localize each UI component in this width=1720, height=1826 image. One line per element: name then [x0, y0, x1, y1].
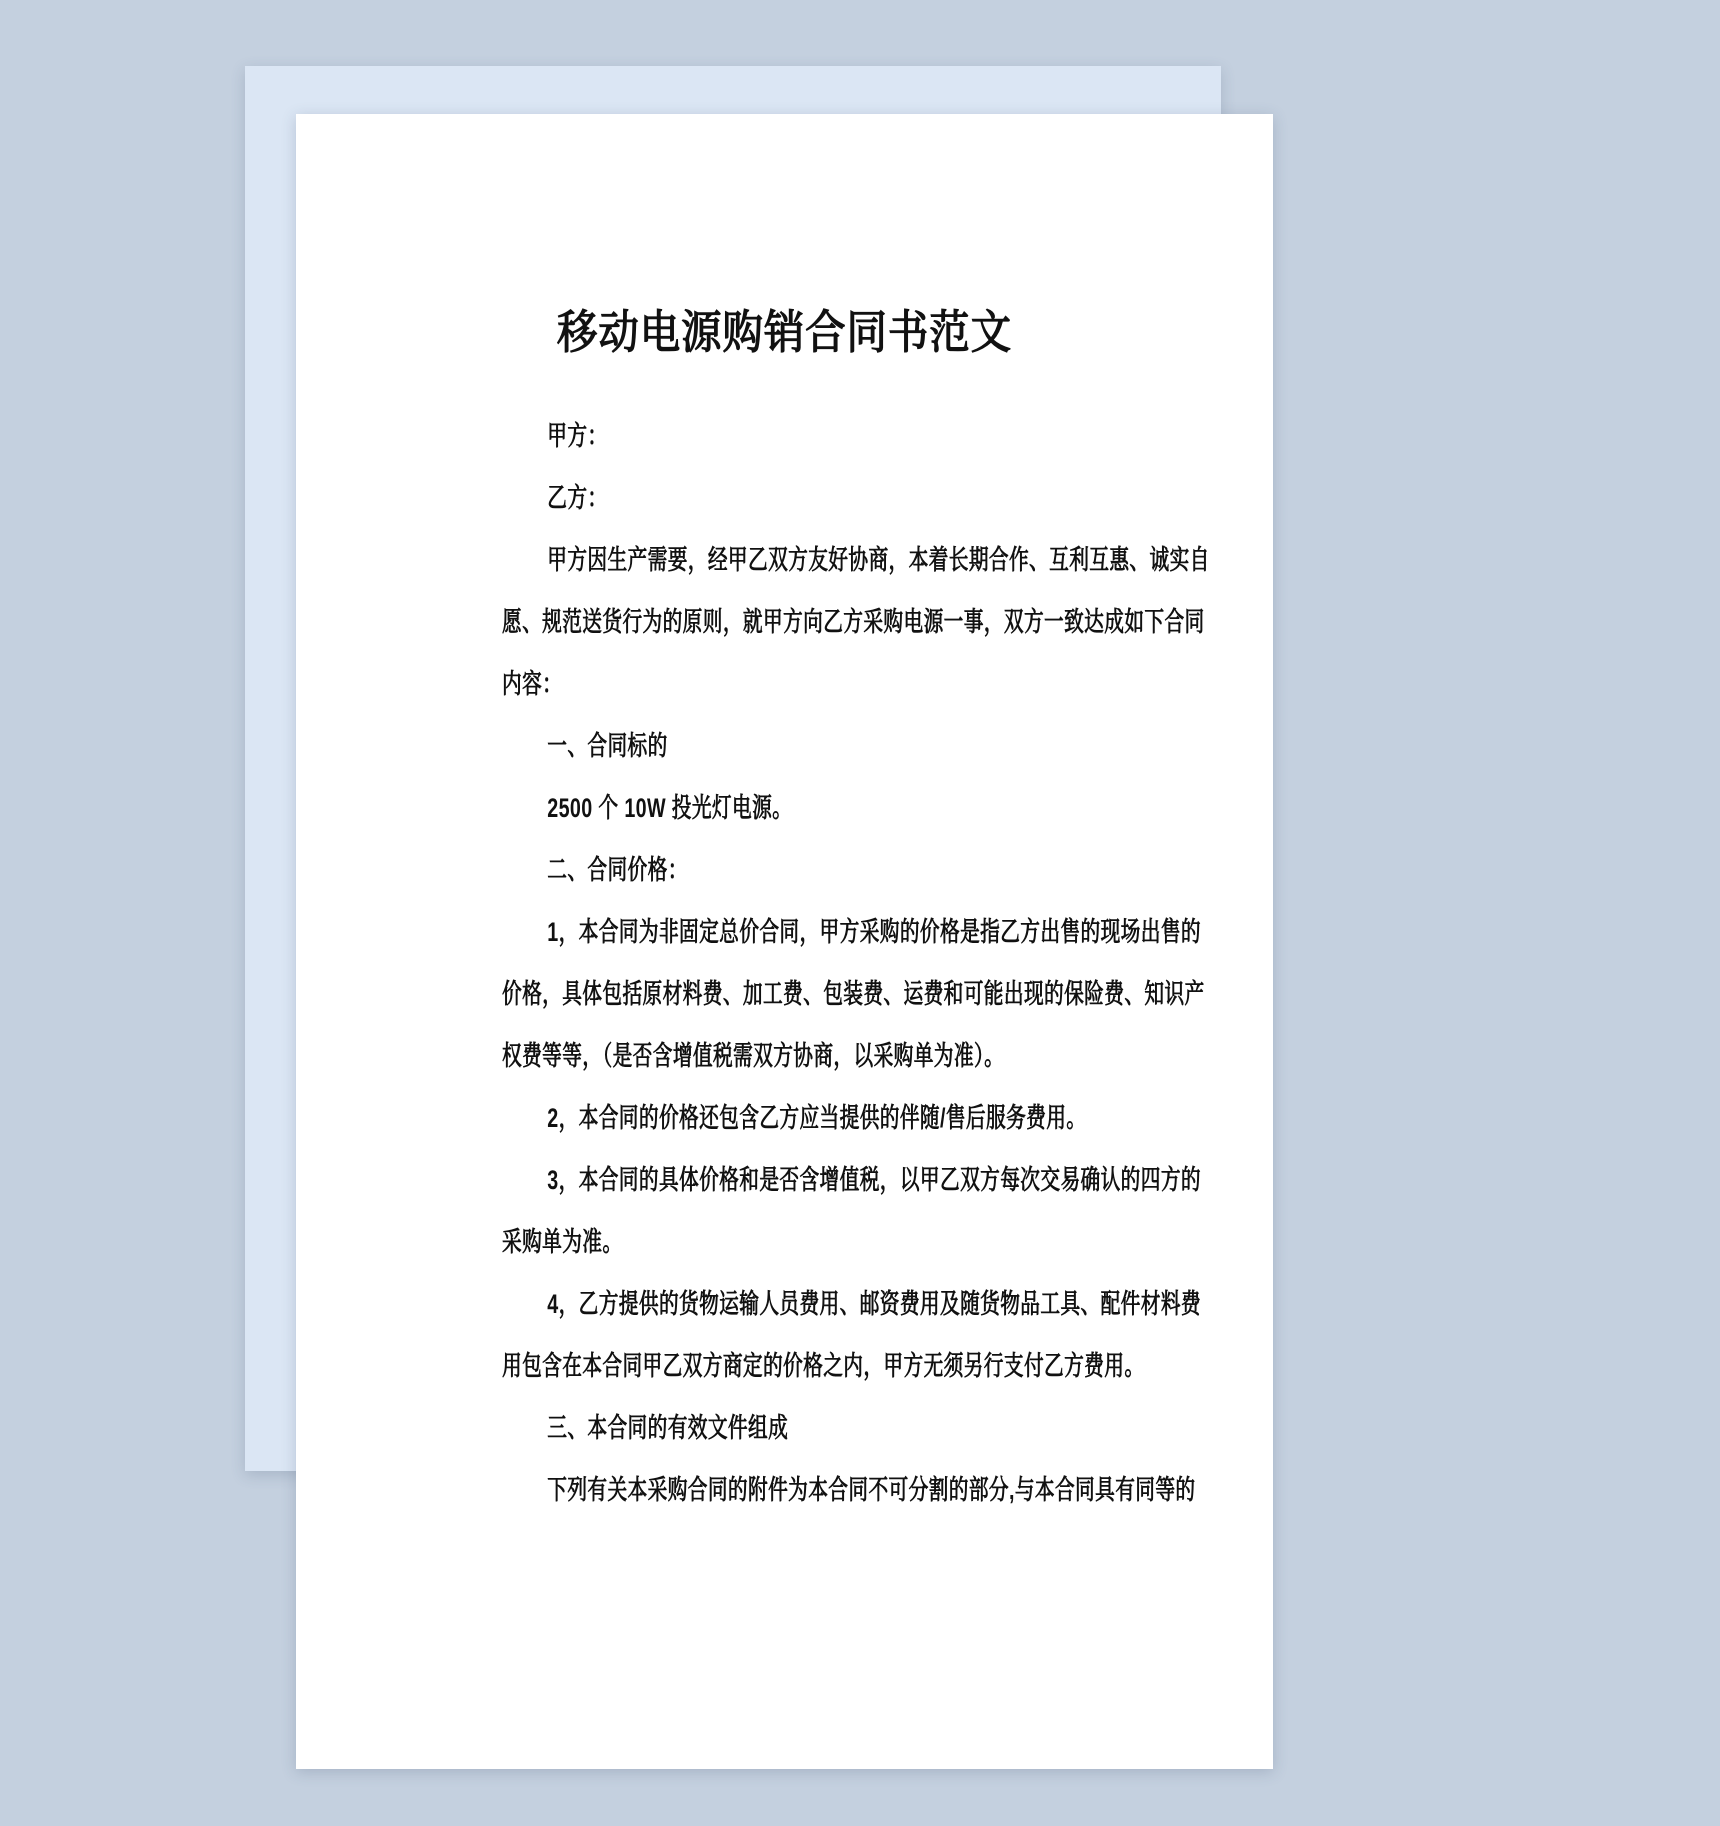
clause-2-4-line-2: 用包含在本合同甲乙双方商定的价格之内，甲方无须另行支付乙方费用。	[502, 1332, 1057, 1394]
desktop-background: { "canvas": { "background_color": "#c4d0…	[0, 0, 1720, 1826]
document-body: 甲方： 乙方： 甲方因生产需要，经甲乙双方友好协商，本着长期合作、互利互惠、诚实…	[502, 402, 1262, 1518]
preamble-line-2: 愿、规范送货行为的原则，就甲方向乙方采购电源一事，双方一致达成如下合同	[502, 588, 1057, 650]
section-3-intro-line: 下列有关本采购合同的附件为本合同不可分割的部分,与本合同具有同等的	[502, 1456, 1057, 1518]
clause-2-1-line-2: 价格，具体包括原材料费、加工费、包装费、运费和可能出现的保险费、知识产	[502, 960, 1057, 1022]
clause-2-1-line-3: 权费等等，（是否含增值税需双方协商，以采购单为准）。	[502, 1022, 1057, 1084]
preamble-line-1: 甲方因生产需要，经甲乙双方友好协商，本着长期合作、互利互惠、诚实自	[502, 526, 1057, 588]
preamble-line-3: 内容：	[502, 650, 1057, 712]
clause-2-3-line-1: 3，本合同的具体价格和是否含增值税，以甲乙双方每次交易确认的四方的	[502, 1146, 1057, 1208]
party-a-line: 甲方：	[502, 402, 1057, 464]
party-b-line: 乙方：	[502, 464, 1057, 526]
section-3-heading: 三、本合同的有效文件组成	[502, 1394, 1057, 1456]
clause-2-2-line: 2，本合同的价格还包含乙方应当提供的伴随/售后服务费用。	[502, 1084, 1057, 1146]
clause-2-3-line-2: 采购单为准。	[502, 1208, 1057, 1270]
clause-2-1-line-1: 1，本合同为非固定总价合同，甲方采购的价格是指乙方出售的现场出售的	[502, 898, 1057, 960]
contract-subject-line: 2500 个 10W 投光灯电源。	[502, 774, 1057, 836]
section-2-heading: 二、合同价格：	[502, 836, 1057, 898]
section-1-heading: 一、合同标的	[502, 712, 1057, 774]
document-title: 移动电源购销合同书范文	[355, 296, 1215, 362]
contract-page: 移动电源购销合同书范文 甲方： 乙方： 甲方因生产需要，经甲乙双方友好协商，本着…	[296, 114, 1273, 1769]
clause-2-4-line-1: 4，乙方提供的货物运输人员费用、邮资费用及随货物品工具、配件材料费	[502, 1270, 1057, 1332]
